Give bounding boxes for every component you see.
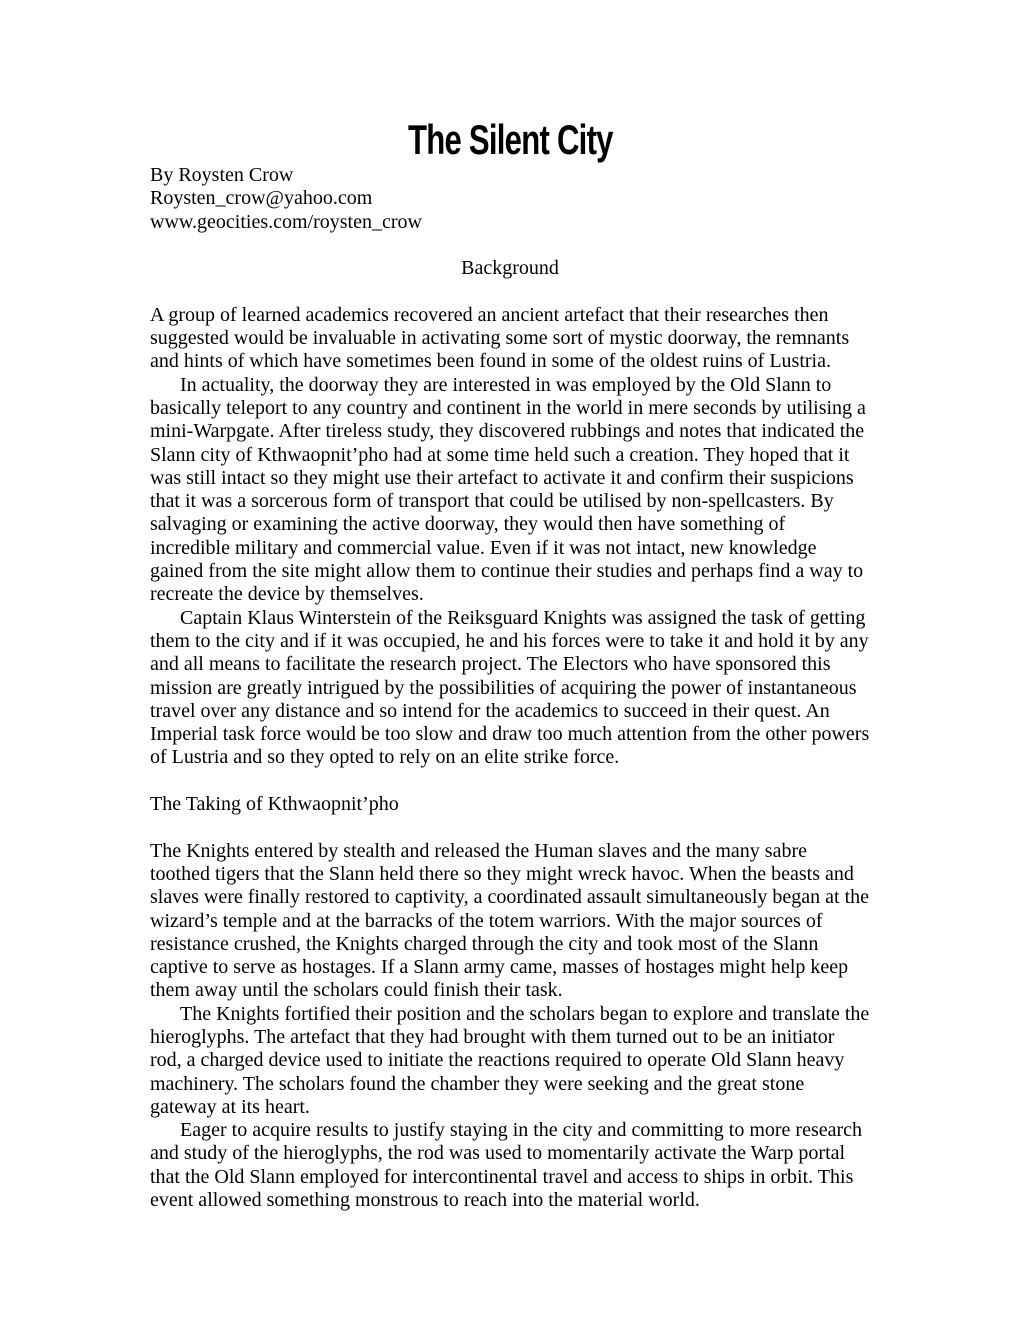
paragraph: A group of learned academics recovered a… xyxy=(150,304,870,374)
paragraph: In actuality, the doorway they are inter… xyxy=(150,374,870,607)
author-email: Roysten_crow@yahoo.com xyxy=(150,187,870,210)
paragraph: Eager to acquire results to justify stay… xyxy=(150,1119,870,1212)
paragraph: The Knights entered by stealth and relea… xyxy=(150,840,870,1003)
document-page: The Silent City By Roysten Crow Roysten_… xyxy=(0,0,1020,1320)
paragraph: Captain Klaus Winterstein of the Reiksgu… xyxy=(150,607,870,770)
blank-line xyxy=(150,234,870,257)
section-heading-taking: The Taking of Kthwaopnit’pho xyxy=(150,793,870,816)
blank-line xyxy=(150,770,870,793)
document-title-text: The Silent City xyxy=(408,121,613,159)
document-title: The Silent City xyxy=(150,121,870,159)
paragraph: The Knights fortified their position and… xyxy=(150,1003,870,1119)
blank-line xyxy=(150,280,870,303)
author-website: www.geocities.com/roysten_crow xyxy=(150,211,870,234)
author-byline: By Roysten Crow xyxy=(150,164,870,187)
blank-line xyxy=(150,816,870,839)
section-heading-background: Background xyxy=(150,257,870,280)
